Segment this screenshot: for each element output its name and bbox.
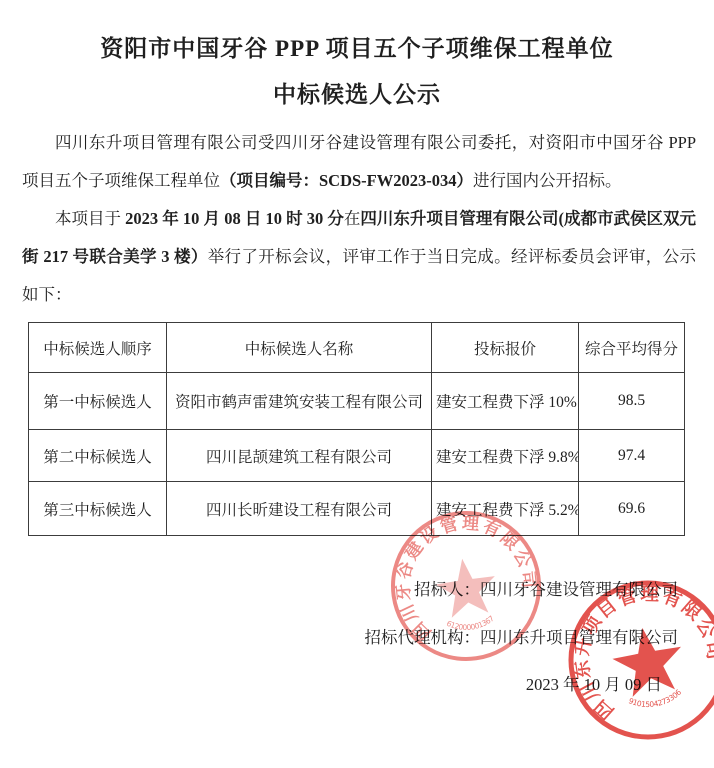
document-body: 四川东升项目管理有限公司受四川牙谷建设管理有限公司委托，对资阳市中国牙谷 PPP… xyxy=(22,124,696,314)
agency-signature-line: 招标代理机构：四川东升项目管理有限公司 xyxy=(365,624,679,648)
announcement-document: 资阳市中国牙谷 PPP 项目五个子项维保工程单位 中标候选人公示 四川东升项目管… xyxy=(0,0,714,768)
title-line-1: 资阳市中国牙谷 PPP 项目五个子项维保工程单位 xyxy=(30,26,684,72)
table-row: 第二中标候选人 四川昆颉建筑工程有限公司 建安工程费下浮 9.8% 97.4 xyxy=(29,430,685,482)
cell-name: 四川昆颉建筑工程有限公司 xyxy=(167,430,432,482)
paragraph-intro: 四川东升项目管理有限公司受四川牙谷建设管理有限公司委托，对资阳市中国牙谷 PPP… xyxy=(22,124,696,200)
paragraph-opening: 本项目于 2023 年 10 月 08 日 10 时 30 分在四川东升项目管理… xyxy=(22,200,696,314)
cell-score: 97.4 xyxy=(579,430,685,482)
header-bid-price: 投标报价 xyxy=(432,323,579,373)
candidates-table: 中标候选人顺序 中标候选人名称 投标报价 综合平均得分 第一中标候选人 资阳市鹤… xyxy=(28,322,685,536)
para2-mid: 在 xyxy=(344,209,361,228)
para2-text: 本项目于 xyxy=(55,209,125,228)
document-title: 资阳市中国牙谷 PPP 项目五个子项维保工程单位 中标候选人公示 xyxy=(30,26,684,118)
table-row: 第一中标候选人 资阳市鹤声雷建筑安装工程有限公司 建安工程费下浮 10% 98.… xyxy=(29,373,685,430)
cell-price: 建安工程费下浮 10% xyxy=(432,373,579,430)
title-line-2: 中标候选人公示 xyxy=(30,72,684,118)
cell-price: 建安工程费下浮 5.2% xyxy=(432,482,579,536)
cell-order: 第一中标候选人 xyxy=(29,373,167,430)
cell-order: 第二中标候选人 xyxy=(29,430,167,482)
cell-score: 98.5 xyxy=(579,373,685,430)
cell-name: 资阳市鹤声雷建筑安装工程有限公司 xyxy=(167,373,432,430)
para1-tail: 进行国内公开招标。 xyxy=(473,171,622,190)
cell-score: 69.6 xyxy=(579,482,685,536)
bidder-signature-line: 招标人：四川牙谷建设管理有限公司 xyxy=(414,576,678,600)
date-line: 2023 年 10 月 09 日 xyxy=(526,671,662,695)
header-candidate-order: 中标候选人顺序 xyxy=(29,323,167,373)
table-header-row: 中标候选人顺序 中标候选人名称 投标报价 综合平均得分 xyxy=(29,323,685,373)
header-candidate-name: 中标候选人名称 xyxy=(167,323,432,373)
cell-price: 建安工程费下浮 9.8% xyxy=(432,430,579,482)
cell-name: 四川长昕建设工程有限公司 xyxy=(167,482,432,536)
table-row: 第三中标候选人 四川长昕建设工程有限公司 建安工程费下浮 5.2% 69.6 xyxy=(29,482,685,536)
header-average-score: 综合平均得分 xyxy=(579,323,685,373)
bid-opening-datetime: 2023 年 10 月 08 日 10 时 30 分 xyxy=(125,209,344,228)
cell-order: 第三中标候选人 xyxy=(29,482,167,536)
project-number: （项目编号：SCDS-FW2023-034） xyxy=(220,171,473,190)
